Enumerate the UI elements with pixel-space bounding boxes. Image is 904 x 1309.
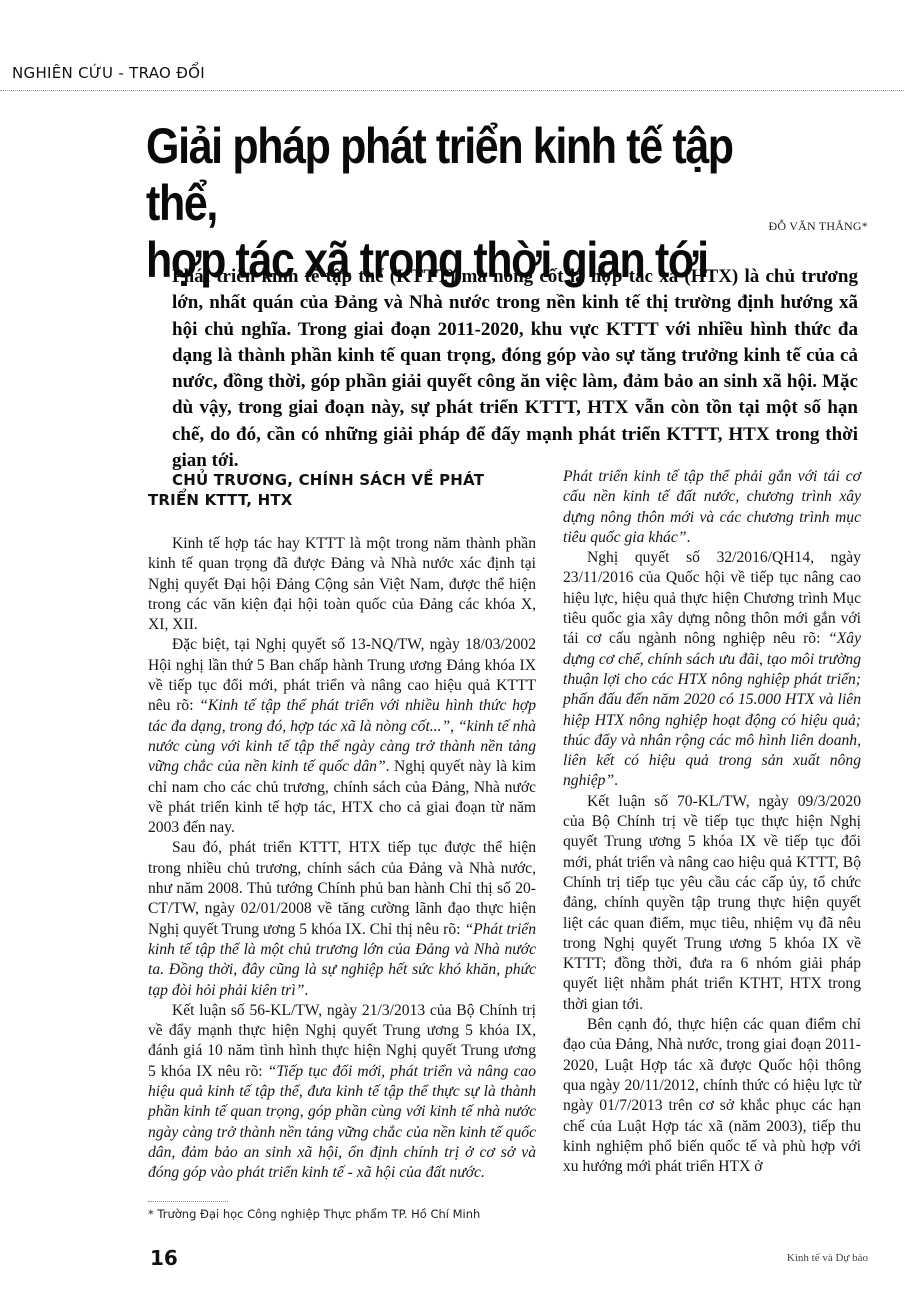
right-column: Phát triển kinh tế tập thể phải gắn với … <box>563 467 861 1177</box>
body-paragraph: Sau đó, phát triển KTTT, HTX tiếp tục đư… <box>148 838 536 1000</box>
page-number: 16 <box>150 1246 178 1270</box>
author-byline: ĐỖ VĂN THẮNG* <box>769 219 869 234</box>
journal-name: Kinh tế và Dự báo <box>787 1252 868 1264</box>
left-column: CHỦ TRƯƠNG, CHÍNH SÁCH VỀ PHÁT TRIỂN KTT… <box>148 470 536 1184</box>
header-divider <box>0 90 904 91</box>
footnote: * Trường Đại học Công nghiệp Thực phẩm T… <box>148 1207 480 1221</box>
quote: Phát triển kinh tế tập thể phải gắn với … <box>563 468 861 546</box>
section-label: NGHIÊN CỨU - TRAO ĐỔI <box>12 64 205 82</box>
quote: “Xây dựng cơ chế, chính sách ưu đãi, tạo… <box>563 630 861 789</box>
body-paragraph: Đặc biệt, tại Nghị quyết số 13-NQ/TW, ng… <box>148 635 536 838</box>
footnote-divider <box>148 1201 228 1202</box>
body-paragraph: Kinh tế hợp tác hay KTTT là một trong nă… <box>148 534 536 635</box>
body-paragraph: Phát triển kinh tế tập thể phải gắn với … <box>563 467 861 548</box>
section-heading: CHỦ TRƯƠNG, CHÍNH SÁCH VỀ PHÁT TRIỂN KTT… <box>148 470 536 510</box>
lead-paragraph: Phát triển kinh tế tập thể (KTTT) mà nòn… <box>172 264 858 474</box>
quote: “Tiếp tục đổi mới, phát triển và nâng ca… <box>148 1063 536 1181</box>
body-paragraph: Nghị quyết số 32/2016/QH14, ngày 23/11/2… <box>563 548 861 792</box>
title-line-1: Giải pháp phát triển kinh tế tập thể, <box>146 118 733 231</box>
body-paragraph: Kết luận số 70-KL/TW, ngày 09/3/2020 của… <box>563 792 861 1015</box>
body-paragraph: Kết luận số 56-KL/TW, ngày 21/3/2013 của… <box>148 1001 536 1184</box>
body-paragraph: Bên cạnh đó, thực hiện các quan điểm chỉ… <box>563 1015 861 1177</box>
